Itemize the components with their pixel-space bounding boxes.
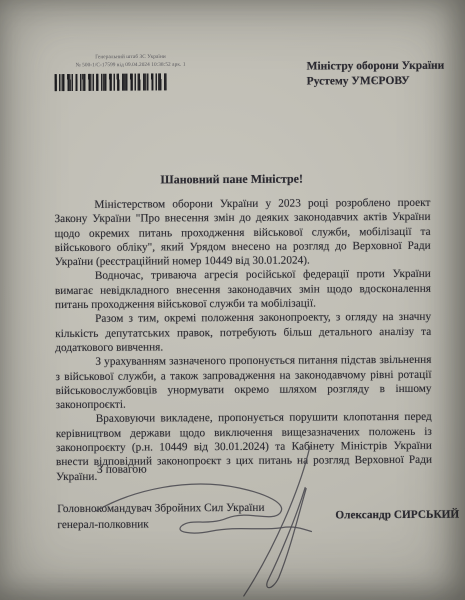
paragraph-4: З урахуванням зазначеного пропонується п… (55, 353, 431, 412)
paragraph-3: Разом з тим, окремі положення законопрое… (55, 310, 431, 355)
salutation: Шановний пане Міністре! (0, 171, 464, 189)
signer-position-block: Головнокомандувач Збройних Сил України г… (57, 500, 327, 533)
registration-stamp: Генеральний штаб ЗС України № 500-1/С-17… (50, 53, 210, 91)
recipient-name: Рустему УМЄРОВУ (307, 73, 457, 88)
stamp-reg-line: № 500-1/С-17599 від 09.04.2024 10:38:52 … (60, 61, 201, 69)
paragraph-1: Міністерством оборони України у 2023 роц… (54, 196, 430, 270)
signer-name: Олександр СИРСЬКИЙ (335, 509, 463, 522)
stamp-org-line: Генеральний штаб ЗС України (60, 53, 201, 61)
paragraph-2: Водночас, триваюча агресія російської фе… (55, 267, 431, 312)
barcode (55, 73, 167, 91)
signer-position: Головнокомандувач Збройних Сил України (57, 500, 327, 517)
closing-phrase: З повагою (97, 464, 147, 476)
recipient-block: Міністру оборони України Рустему УМЄРОВУ (307, 59, 457, 89)
recipient-title: Міністру оборони України (307, 59, 457, 74)
letter-body: Міністерством оборони України у 2023 роц… (54, 196, 432, 484)
letter-content: Генеральний штаб ЗС України № 500-1/С-17… (0, 0, 465, 600)
signer-rank: генерал-полковник (57, 516, 327, 533)
scanned-letter-page: Генеральний штаб ЗС України № 500-1/С-17… (0, 0, 465, 600)
